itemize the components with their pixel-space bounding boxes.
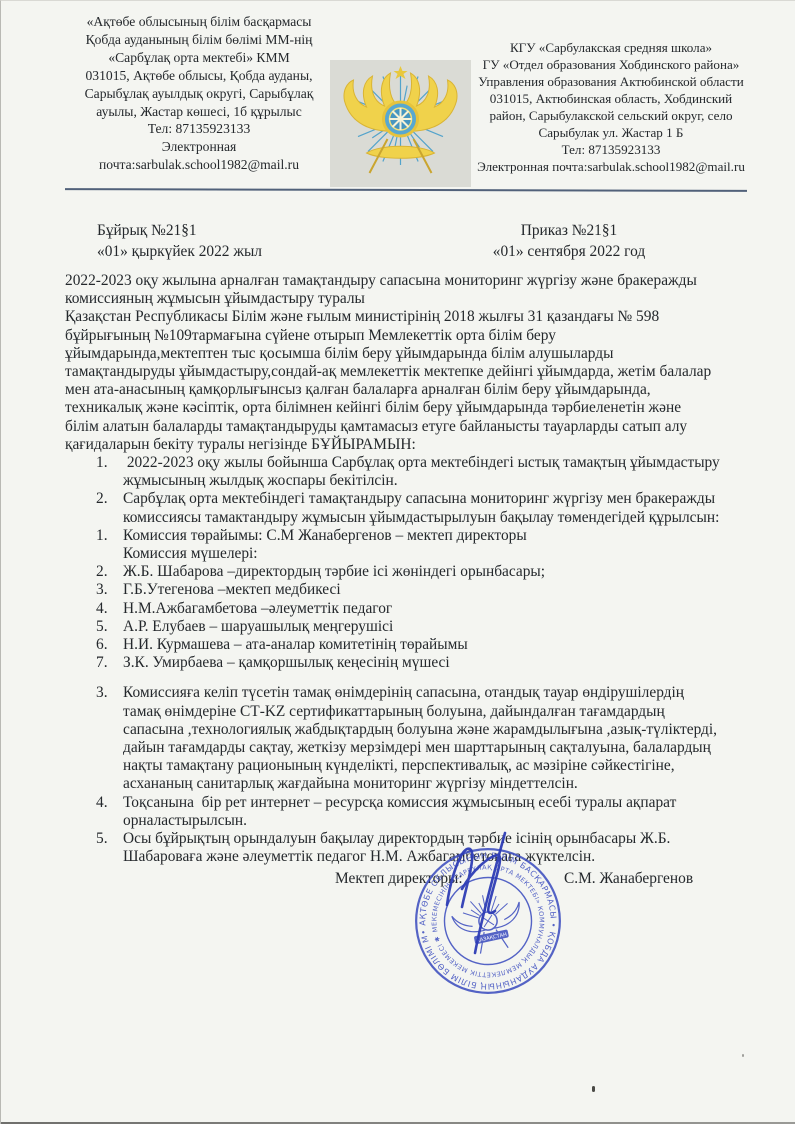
item-number: 5.: [96, 830, 123, 866]
item-text: Тоқсанына бір рет интернет – ресурсқа ко…: [123, 794, 676, 830]
item-number: 7.: [96, 654, 123, 672]
order-item: 1. 2022-2023 оқу жылы бойынша Сарбұлақ о…: [65, 454, 781, 490]
scanned-order-document: «Ақтөбе облысының білім басқармасы Қобда…: [0, 0, 795, 1124]
paragraph-gap: [65, 672, 781, 684]
item-number: 1.: [96, 454, 123, 490]
order-number-ru-text: Приказ №21§1: [521, 222, 618, 239]
item-number: 3.: [96, 581, 123, 599]
director-signature-strokes: [419, 825, 529, 965]
letterhead-russian-address: КГУ «Сарбулакская средняя школа» ГУ «Отд…: [453, 39, 769, 175]
commission-member-item: 6. Н.И. Курмашева – ата-аналар комитетін…: [65, 636, 781, 654]
item-text: Н.И. Курмашева – ата-аналар комитетінің …: [123, 636, 468, 654]
item-number: 2.: [96, 490, 123, 526]
item-text: Ж.Б. Шабарова –директордың тәрбие ісі жө…: [123, 563, 545, 581]
item-number: 4.: [96, 794, 123, 830]
commission-member-item: 1. Комиссия төрайымы: С.М Жанабергенов –…: [65, 527, 781, 563]
item-text: Комиссияға келіп түсетін тамақ өнімдерін…: [123, 684, 717, 793]
item-text: З.К. Умирбаева – қамқоршылық кеңесінің м…: [123, 654, 450, 672]
order-date-ru-text: «01» сентября 2022 год: [493, 243, 645, 260]
item-number: 3.: [96, 684, 123, 793]
order-number-russian: Приказ №21§1«01» сентября 2022 год: [453, 220, 685, 262]
commission-member-item: 4. Н.М.Ажбагамбетова –әлеуметтік педагог: [65, 600, 781, 618]
commission-member-item: 7. З.К. Умирбаева – қамқоршылық кеңесіні…: [65, 654, 781, 672]
item-number: 1.: [96, 527, 123, 563]
item-text: А.Р. Елубаев – шаруашылық меңгерушісі: [123, 618, 393, 636]
letterhead-kazakh-address: «Ақтөбе облысының білім басқармасы Қобда…: [51, 13, 347, 174]
order-body: 2022-2023 оқу жылына арналған тамақтанды…: [65, 272, 781, 867]
kazakhstan-emblem-icon: [330, 60, 471, 187]
item-text: Н.М.Ажбагамбетова –әлеуметтік педагог: [123, 600, 392, 618]
item-number: 6.: [96, 636, 123, 654]
commission-member-item: 2. Ж.Б. Шабарова –директордың тәрбие ісі…: [65, 563, 781, 581]
order-subject: 2022-2023 оқу жылына арналған тамақтанды…: [65, 272, 781, 308]
kazakhstan-emblem-image: [330, 60, 471, 187]
item-number: 4.: [96, 600, 123, 618]
item-number: 2.: [96, 563, 123, 581]
order-item: 2. Сарбұлақ орта мектебіндегі тамақтанды…: [65, 490, 781, 526]
order-number-kk-text: Бұйрық №21§1: [97, 222, 197, 239]
commission-member-item: 3. Г.Б.Утегенова –мектеп медбикесі: [65, 581, 781, 599]
item-text: 2022-2023 оқу жылы бойынша Сарбұлақ орта…: [123, 454, 720, 490]
item-text: Сарбұлақ орта мектебіндегі тамақтандыру …: [123, 490, 719, 526]
scan-speck: [592, 1086, 595, 1092]
signature-name: С.М. Жанабергенов: [564, 870, 693, 888]
item-number: 5.: [96, 618, 123, 636]
header-separator-line: [65, 188, 747, 192]
order-preamble: Қазақстан Республикасы Білім және ғылым …: [65, 308, 781, 454]
order-date-kk-text: «01» қыркүйек 2022 жыл: [97, 243, 262, 260]
item-text: Г.Б.Утегенова –мектеп медбикесі: [123, 581, 341, 599]
order-number-kazakh: Бұйрық №21§1«01» қыркүйек 2022 жыл: [97, 220, 262, 262]
item-text: Комиссия төрайымы: С.М Жанабергенов – ме…: [123, 527, 527, 563]
commission-member-item: 5. А.Р. Елубаев – шаруашылық меңгерушісі: [65, 618, 781, 636]
scan-speck: [742, 1054, 744, 1057]
order-item: 3. Комиссияға келіп түсетін тамақ өнімде…: [65, 684, 781, 793]
